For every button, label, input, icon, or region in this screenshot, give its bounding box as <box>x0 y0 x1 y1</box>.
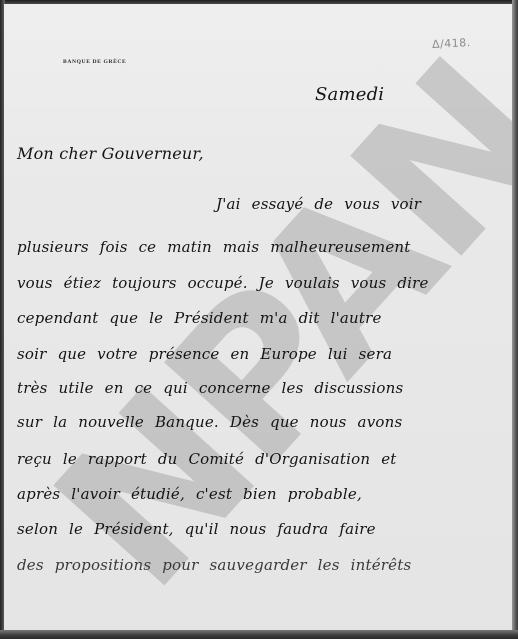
scan-bottom-edge <box>0 630 518 639</box>
archive-reference: Δ/418. <box>432 36 471 51</box>
letter-page: NPAN BANQUE DE GRÈCE Δ/418. Samedi Mon c… <box>4 4 512 630</box>
body-line: vous étiez toujours occupé. Je voulais v… <box>17 274 429 292</box>
body-line: J'ai essayé de vous voir <box>216 195 421 213</box>
body-line: reçu le rapport du Comité d'Organisation… <box>17 450 397 468</box>
body-line: sur la nouvelle Banque. Dès que nous avo… <box>17 413 402 431</box>
body-line: selon le Président, qu'il nous faudra fa… <box>17 520 376 538</box>
body-line: après l'avoir étudié, c'est bien probabl… <box>17 485 362 503</box>
document-scan: NPAN BANQUE DE GRÈCE Δ/418. Samedi Mon c… <box>0 0 518 639</box>
letterhead: BANQUE DE GRÈCE <box>63 59 126 65</box>
letter-date: Samedi <box>315 84 384 105</box>
body-line: cependant que le Président m'a dit l'aut… <box>17 309 382 327</box>
body-line: très utile en ce qui concerne les discus… <box>17 379 403 397</box>
body-line: soir que votre présence en Europe lui se… <box>17 345 392 363</box>
body-line: des propositions pour sauvegarder les in… <box>17 556 411 574</box>
scan-right-edge <box>512 0 518 639</box>
salutation: Mon cher Gouverneur, <box>17 144 204 163</box>
body-line: plusieurs fois ce matin mais malheureuse… <box>17 238 411 256</box>
